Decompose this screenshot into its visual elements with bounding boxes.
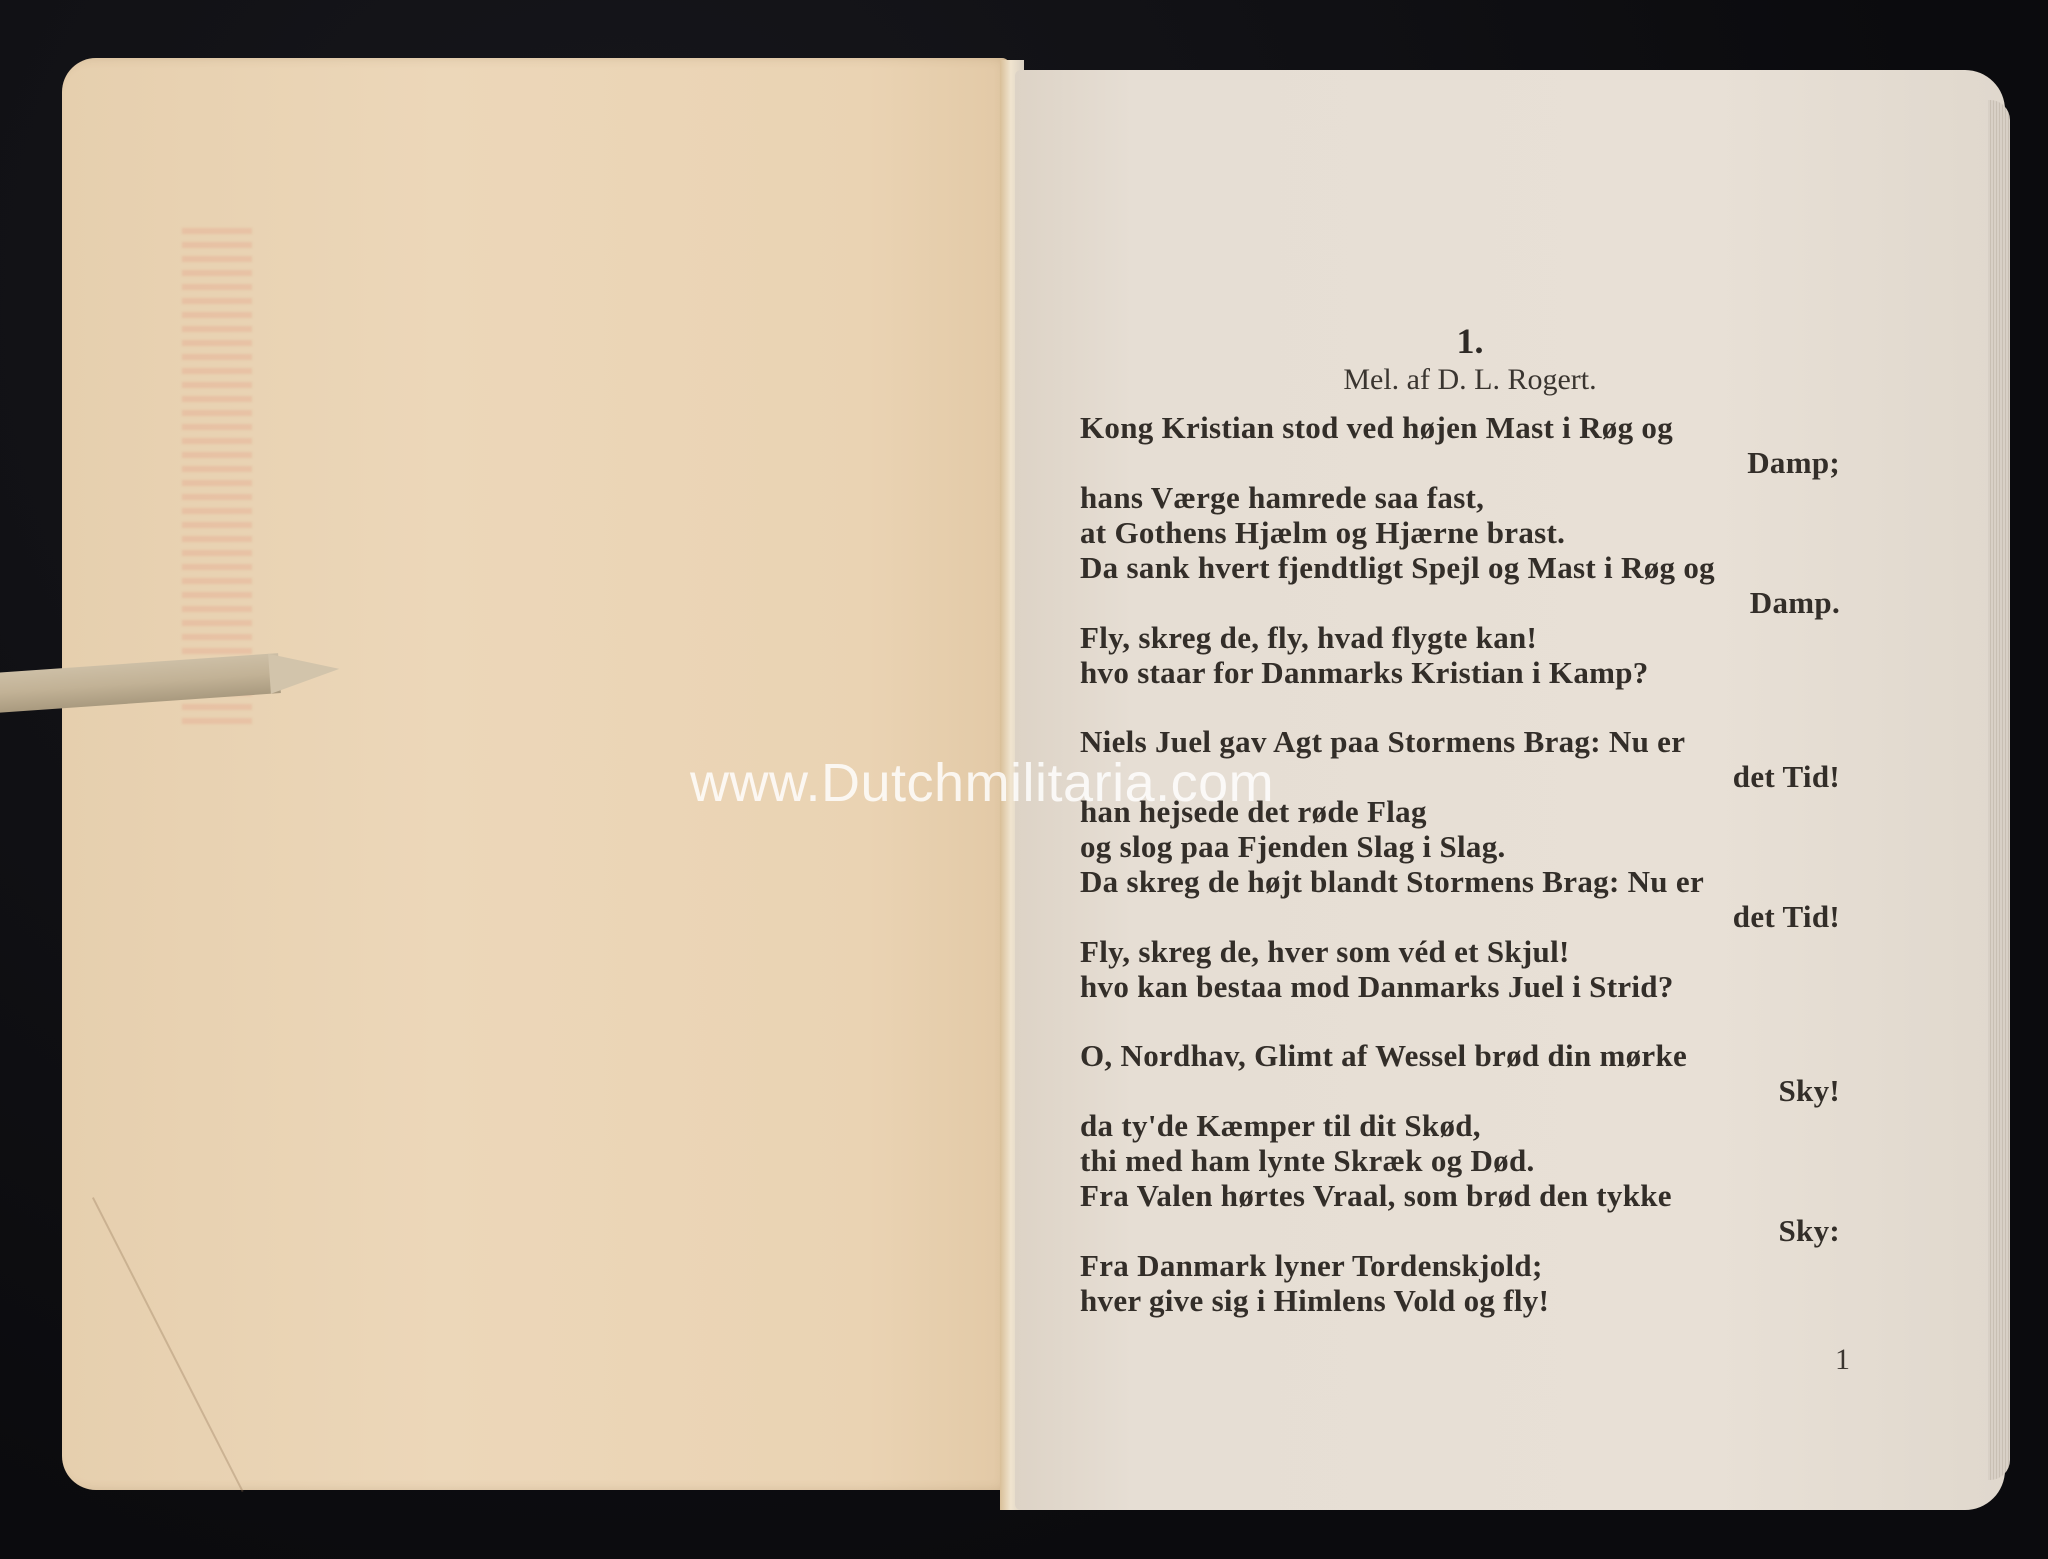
lyric-line: Da sank hvert fjendtligt Spejl og Mast i…: [1080, 550, 1860, 585]
song-number: 1.: [1080, 320, 1860, 362]
lyric-line: hver give sig i Himlens Vold og fly!: [1080, 1283, 1860, 1318]
lyric-line: O, Nordhav, Glimt af Wessel brød din mør…: [1080, 1038, 1860, 1073]
watermark: www.Dutchmilitaria.com: [690, 752, 1274, 814]
lyric-line: Fra Valen hørtes Vraal, som brød den tyk…: [1080, 1178, 1860, 1213]
lyric-line: at Gothens Hjælm og Hjærne brast.: [1080, 515, 1860, 550]
lyric-line: hans Værge hamrede saa fast,: [1080, 480, 1860, 515]
lyric-line: Fly, skreg de, hver som véd et Skjul!: [1080, 934, 1860, 969]
lyric-line: thi med ham lynte Skræk og Død.: [1080, 1143, 1860, 1178]
lyric-line-continuation: det Tid!: [1080, 899, 1860, 934]
page-block-edges: [1988, 100, 2010, 1480]
lyric-line: Da skreg de højt blandt Stormens Brag: N…: [1080, 864, 1860, 899]
lyric-line: hvo staar for Danmarks Kristian i Kamp?: [1080, 655, 1860, 690]
lyric-line-continuation: Sky!: [1080, 1073, 1860, 1108]
stanza: Kong Kristian stod ved højen Mast i Røg …: [1080, 410, 1860, 690]
lyric-line-continuation: Sky:: [1080, 1213, 1860, 1248]
lyric-line-continuation: Damp;: [1080, 445, 1860, 480]
lyric-line: da ty'de Kæmper til dit Skød,: [1080, 1108, 1860, 1143]
song-block: 1. Mel. af D. L. Rogert. Kong Kristian s…: [1080, 320, 1860, 1352]
lyric-line: og slog paa Fjenden Slag i Slag.: [1080, 829, 1860, 864]
lyric-line: Fly, skreg de, fly, hvad flygte kan!: [1080, 620, 1860, 655]
lyric-line-continuation: Damp.: [1080, 585, 1860, 620]
lyric-line: Fra Danmark lyner Tordenskjold;: [1080, 1248, 1860, 1283]
pointer-tip: [268, 649, 341, 694]
stanza-list: Kong Kristian stod ved højen Mast i Røg …: [1080, 410, 1860, 1318]
lyric-line: Kong Kristian stod ved højen Mast i Røg …: [1080, 410, 1860, 445]
paper-crease: [92, 1197, 244, 1492]
song-melody-credit: Mel. af D. L. Rogert.: [1080, 362, 1860, 398]
stanza: O, Nordhav, Glimt af Wessel brød din mør…: [1080, 1038, 1860, 1318]
lyric-line: hvo kan bestaa mod Danmarks Juel i Strid…: [1080, 969, 1860, 1004]
page-number: 1: [1835, 1343, 1850, 1377]
